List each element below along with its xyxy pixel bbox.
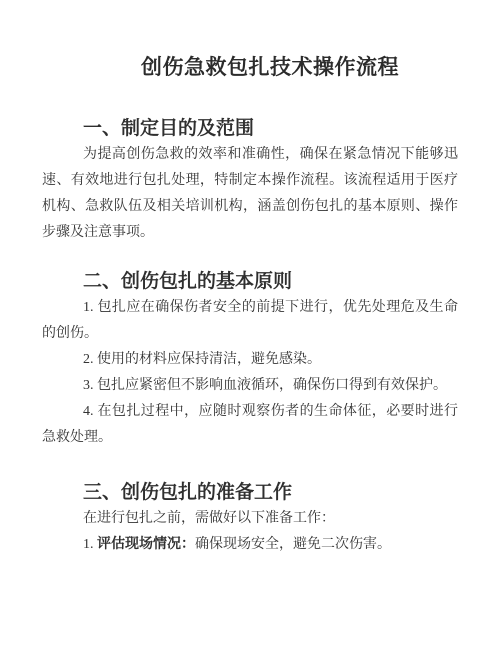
document-title: 创伤急救包扎技术操作流程: [82, 52, 458, 84]
section-purpose-heading: 一、制定目的及范围: [83, 116, 458, 142]
principle-item-1: 1. 包扎应在确保伤者安全的前提下进行，优先处理危及生命的创伤。: [42, 295, 458, 347]
item-term: 评估现场情况：: [97, 537, 195, 552]
document-page: 创伤急救包扎技术操作流程 一、制定目的及范围 为提高创伤急救的效率和准确性，确保…: [0, 0, 500, 647]
section-principles: 二、创伤包扎的基本原则 1. 包扎应在确保伤者安全的前提下进行，优先处理危及生命…: [42, 269, 458, 451]
preparation-item-1: 1. 评估现场情况：确保现场安全，避免二次伤害。: [42, 532, 458, 558]
item-text: 确保现场安全，避免二次伤害。: [195, 537, 391, 552]
section-preparation: 三、创伤包扎的准备工作 在进行包扎之前，需做好以下准备工作： 1. 评估现场情况…: [42, 480, 458, 558]
section-preparation-heading: 三、创伤包扎的准备工作: [83, 480, 458, 506]
principle-item-4: 4. 在包扎过程中，应随时观察伤者的生命体征，必要时进行急救处理。: [42, 399, 458, 451]
purpose-paragraph: 为提高创伤急救的效率和准确性，确保在紧急情况下能够迅速、有效地进行包扎处理，特制…: [42, 142, 458, 246]
section-purpose: 一、制定目的及范围 为提高创伤急救的效率和准确性，确保在紧急情况下能够迅速、有效…: [42, 116, 458, 246]
item-number: 1.: [83, 537, 97, 552]
section-principles-heading: 二、创伤包扎的基本原则: [83, 269, 458, 295]
preparation-intro: 在进行包扎之前，需做好以下准备工作：: [42, 506, 458, 532]
principle-item-3: 3. 包扎应紧密但不影响血液循环，确保伤口得到有效保护。: [42, 373, 458, 399]
principle-item-2: 2. 使用的材料应保持清洁，避免感染。: [42, 347, 458, 373]
